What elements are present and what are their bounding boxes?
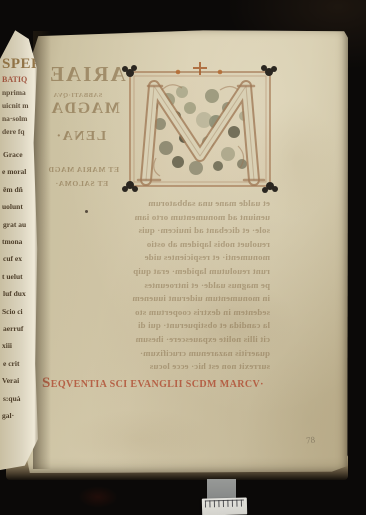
facing-page-fragment: xiii bbox=[0, 337, 40, 354]
showthrough-line: sole· et dicebant ad inuicem· quis bbox=[42, 224, 270, 238]
facing-page-fragment: t uelut bbox=[0, 268, 40, 285]
showthrough-word-lena: LENA· bbox=[55, 129, 106, 145]
manuscript-photo: ARIAE SABBATI·QVA MAGDA LENA· ET MARIA M… bbox=[0, 0, 366, 515]
facing-page-column-fragments: Gracee moralēm dñuoluntgrat autmonacuf e… bbox=[0, 146, 40, 425]
facing-page-fragment: aerruf bbox=[0, 320, 40, 337]
showthrough-line: reuoluet nobis lapidem ab ostio bbox=[42, 238, 270, 252]
showthrough-word-et-maria: ET MARIA MAGD bbox=[48, 165, 119, 174]
showthrough-line: runt reuolutum lapidem· erat quip bbox=[42, 265, 270, 279]
facing-page-heading-fragments: SPERBATIQnprimauicnit mna·solmdere fq bbox=[0, 54, 40, 138]
showthrough-line: la candida et obstipuerunt· qui di bbox=[42, 319, 270, 333]
ruler-tick-marks bbox=[205, 499, 244, 507]
showthrough-line: quaeritis nazarenum crucifixum· bbox=[42, 347, 270, 361]
showthrough-line: pe magnus ualde· et introeuntes bbox=[42, 279, 270, 293]
frame-knob-icon bbox=[176, 70, 181, 75]
showthrough-line: cit illis nolite expauescere· ihesum bbox=[42, 333, 270, 347]
facing-page-fragment: luf dux bbox=[0, 285, 40, 302]
parchment-stain bbox=[66, 409, 216, 469]
facing-page-fragment: e moral bbox=[0, 163, 40, 180]
facing-page-fragment: gal· bbox=[0, 407, 40, 424]
showthrough-line: in monumentum uiderunt iuuenem bbox=[42, 292, 270, 306]
facing-page-fragment: Verai bbox=[0, 372, 40, 389]
showthrough-word-et-saloma: ET SALOMA· bbox=[55, 179, 108, 188]
calibration-ruler bbox=[202, 497, 247, 515]
facing-page-fragment: na·solm bbox=[0, 112, 40, 125]
showthrough-line: ueniunt ad monumentum orto iam bbox=[42, 211, 270, 225]
rubric-text: SEQVENTIA SCI EVANGLII SCDM MARCV· bbox=[42, 375, 282, 392]
facing-page-fragment: Scio ci bbox=[0, 303, 40, 320]
showthrough-word-mariae: ARIAE bbox=[48, 62, 126, 87]
facing-page-fragment: uicnit m bbox=[0, 99, 40, 112]
frame-knob-icon bbox=[218, 70, 223, 75]
illuminated-initial-m bbox=[120, 62, 280, 202]
showthrough-line: surrexit non est hic· ecce locus bbox=[42, 360, 270, 374]
showthrough-line: sedentem in dextris coopertum sto bbox=[42, 306, 270, 320]
facing-page-fragment: BATIQ bbox=[0, 74, 40, 86]
showthrough-word-sabbati: SABBATI·QVA bbox=[53, 92, 102, 99]
background-reflection bbox=[78, 486, 118, 508]
facing-page-edge: SPERBATIQnprimauicnit mna·solmdere fq Gr… bbox=[0, 28, 40, 470]
facing-page-fragment: nprima bbox=[0, 86, 40, 99]
facing-page-fragment: grat au bbox=[0, 216, 40, 233]
facing-page-fragment: e crit bbox=[0, 355, 40, 372]
facing-page-fragment: uolunt bbox=[0, 198, 40, 215]
facing-page-fragment: tmona bbox=[0, 233, 40, 250]
showthrough-text-block: et ualde mane una sabbatorumueniunt ad m… bbox=[42, 197, 270, 374]
folio-number: 78 bbox=[306, 435, 316, 446]
facing-page-fragment: cuf ex bbox=[0, 250, 40, 267]
showthrough-word-magda: MAGDA bbox=[50, 100, 120, 118]
facing-page-fragment: s:quà bbox=[0, 390, 40, 407]
showthrough-line: monumenti· et respicientes uide bbox=[42, 251, 270, 265]
manuscript-page: ARIAE SABBATI·QVA MAGDA LENA· ET MARIA M… bbox=[26, 29, 348, 473]
facing-page-fragment: ēm dñ bbox=[0, 181, 40, 198]
